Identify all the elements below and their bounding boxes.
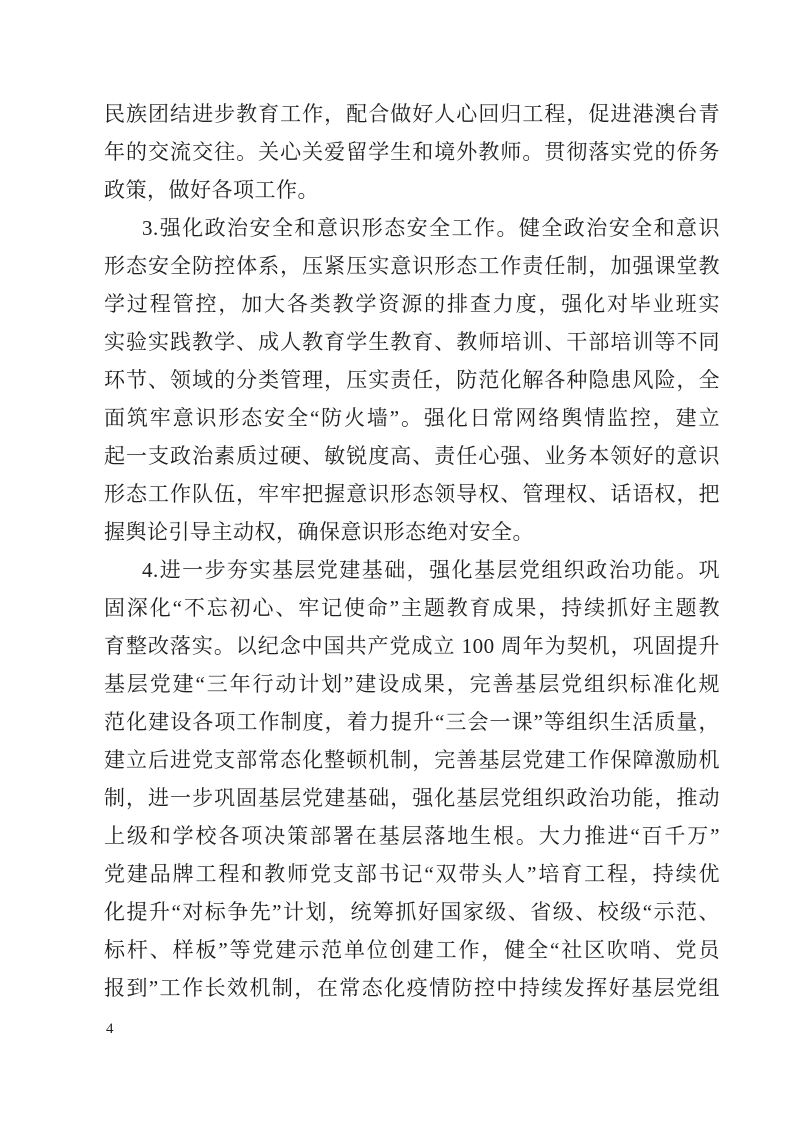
text-line: 基层党建“三年行动计划”建设成果，完善基层党组织标准化规 [104,665,720,703]
paragraph: 4.进一步夯实基层党建基础，强化基层党组织政治功能。巩固深化“不忘初心、牢记使命… [104,551,720,1007]
text-line: 面筑牢意识形态安全“防火墙”。强化日常网络舆情监控，建立 [104,399,720,437]
text-line: 学过程管控，加大各类教学资源的排查力度，强化对毕业班实习、 [104,285,720,323]
text-line: 标杆、样板”等党建示范单位创建工作，健全“社区吹哨、党员 [104,931,720,969]
text-line: 建立后进党支部常态化整顿机制，完善基层党建工作保障激励机 [104,741,720,779]
text-line: 形态工作队伍，牢牢把握意识形态领导权、管理权、话语权，把 [104,475,720,513]
text-line: 握舆论引导主动权，确保意识形态绝对安全。 [104,513,720,551]
document-page: 民族团结进步教育工作，配合做好人心回归工程，促进港澳台青年的交流交往。关心关爱留… [0,0,793,1122]
text-line: 民族团结进步教育工作，配合做好人心回归工程，促进港澳台青 [104,95,720,133]
page-number: 4 [106,1019,114,1039]
text-line: 实验实践教学、成人教育学生教育、教师培训、干部培训等不同 [104,323,720,361]
text-line: 党建品牌工程和教师党支部书记“双带头人”培育工程，持续优 [104,855,720,893]
text-line: 固深化“不忘初心、牢记使命”主题教育成果，持续抓好主题教 [104,589,720,627]
text-line: 育整改落实。以纪念中国共产党成立 100 周年为契机，巩固提升 [104,627,720,665]
text-line: 3.强化政治安全和意识形态安全工作。健全政治安全和意识 [104,209,720,247]
text-line: 化提升“对标争先”计划，统筹抓好国家级、省级、校级“示范、 [104,893,720,931]
text-line: 形态安全防控体系，压紧压实意识形态工作责任制，加强课堂教 [104,247,720,285]
paragraph: 民族团结进步教育工作，配合做好人心回归工程，促进港澳台青年的交流交往。关心关爱留… [104,95,720,209]
text-line: 年的交流交往。关心关爱留学生和境外教师。贯彻落实党的侨务 [104,133,720,171]
document-body: 民族团结进步教育工作，配合做好人心回归工程，促进港澳台青年的交流交往。关心关爱留… [104,95,720,1007]
text-line: 上级和学校各项决策部署在基层落地生根。大力推进“百千万” [104,817,720,855]
text-line: 起一支政治素质过硬、敏锐度高、责任心强、业务本领好的意识 [104,437,720,475]
paragraph: 3.强化政治安全和意识形态安全工作。健全政治安全和意识形态安全防控体系，压紧压实… [104,209,720,551]
text-line: 报到”工作长效机制，在常态化疫情防控中持续发挥好基层党组 [104,969,720,1007]
text-line: 范化建设各项工作制度，着力提升“三会一课”等组织生活质量， [104,703,720,741]
text-line: 环节、领域的分类管理，压实责任，防范化解各种隐患风险，全 [104,361,720,399]
text-line: 4.进一步夯实基层党建基础，强化基层党组织政治功能。巩 [104,551,720,589]
text-line: 政策，做好各项工作。 [104,171,720,209]
text-line: 制，进一步巩固基层党建基础，强化基层党组织政治功能，推动 [104,779,720,817]
